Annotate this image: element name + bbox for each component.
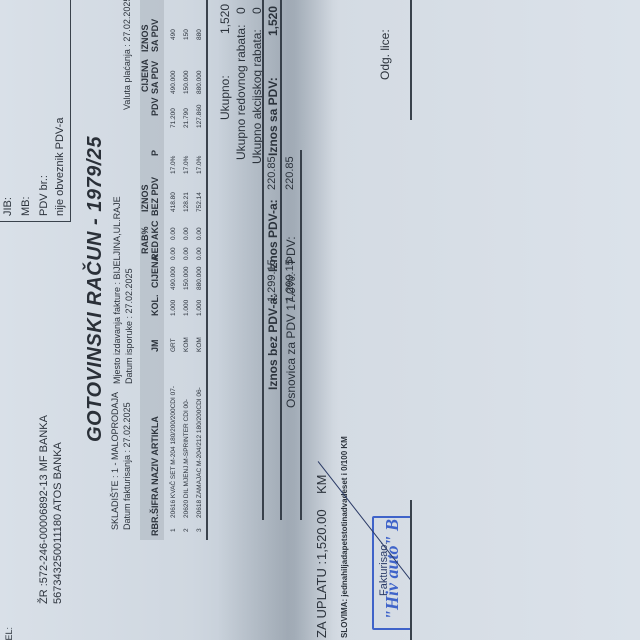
totals-bottom-rule (300, 150, 302, 520)
totals-top-rule (262, 0, 264, 520)
row-p: 17.0% (170, 156, 177, 174)
row-red: 0.00 (183, 247, 190, 260)
row-cijena-sa-pdv: 490.000 (170, 71, 177, 95)
row-jm: KOM (183, 337, 190, 352)
photo-background: TEL: ŽR :572-246-00006892-13 MF BANKA 56… (0, 0, 640, 640)
datum-fakturisanja: Datum fakturisanja : 27.02.2025 (122, 402, 132, 530)
row-naziv: 20616 KVAČ SET M-204 180/200/200CDI 07- (170, 386, 177, 518)
row-iznos-bez-pdv: 128.21 (183, 192, 190, 212)
row-pdv: 127.860 (196, 105, 203, 129)
row-kol: 1.000 (196, 300, 203, 316)
row-rbr: 3 (196, 528, 203, 532)
za-uplatu-label: ZA UPLATU : (314, 561, 329, 638)
row-jm: GRT (170, 338, 177, 352)
ukupno-value: 1,520 (218, 4, 232, 34)
col-red: RED (150, 241, 160, 260)
bank-line-2: 567343250011180 ATOS BANKA (52, 442, 64, 604)
col-iznos-sa-bottom: SA PDV (150, 19, 160, 52)
row-red: 0.00 (196, 247, 203, 260)
iznos-pdv-value: 220.85 (266, 156, 278, 190)
iznos-pdv-label: Iznos PDV-a: (266, 199, 280, 272)
row-iznos-bez-pdv: 752.14 (196, 192, 203, 212)
row-cijena-sa-pdv: 880.000 (196, 71, 203, 95)
pdv-label: PDV: (284, 236, 298, 264)
col-sifra-naziv: ŠIFRA NAZIV ARTIKLA (150, 416, 160, 514)
pdv-value: 220.85 (284, 156, 296, 190)
skladiste: SKLADIŠTE : 1 - MALOPRODAJA (110, 392, 120, 530)
col-cijena-sa-bottom: SA PDV (150, 61, 160, 94)
row-naziv: 20618 ZAMAJAC M-204/212 180/200CDI 06- (196, 387, 203, 518)
row-iznos-sa-pdv: 880 (196, 29, 203, 40)
mjesto-izdavanja: Mjesto izdavanja fakture : BIJELJINA,UL.… (112, 196, 122, 384)
datum-isporuke: Datum isporuke : 27.02.2025 (124, 268, 134, 384)
row-pdv: 71.200 (170, 108, 177, 128)
fakturisao-line (410, 500, 412, 640)
col-jm: JM (150, 339, 160, 352)
col-rab-group: RAB% (140, 226, 150, 254)
col-iznos-bez-top: IZNOS (140, 184, 150, 212)
valuta-placanja: Valuta plaćanja : 27.02.2025 (122, 0, 132, 110)
col-cijena-sa-top: CIJENA (140, 59, 150, 92)
col-kol: KOL. (150, 295, 160, 317)
pdv-status: nije obveznik PDV-a (54, 118, 66, 216)
col-akc: AKC (150, 221, 160, 241)
row-cijena: 150.000 (183, 267, 190, 291)
row-iznos-bez-pdv: 418.80 (170, 192, 177, 212)
invoice-title: GOTOVINSKI RAČUN - 1979/25 (84, 136, 107, 442)
row-rbr: 1 (170, 528, 177, 532)
table-bottom-rule (206, 0, 208, 540)
bank-line-1: ŽR :572-246-00006892-13 MF BANKA (38, 415, 50, 604)
row-rbr: 2 (183, 528, 190, 532)
row-kol: 1.000 (183, 300, 190, 316)
row-p: 17.0% (196, 156, 203, 174)
ukupno-label: Ukupno: (218, 75, 232, 120)
osnovica-value: 1,299.15 (284, 259, 296, 302)
iznos-sa-pdv-label: Iznos sa PDV: (266, 77, 280, 156)
jib-label: JIB: (2, 197, 14, 216)
col-pdv: PDV (150, 97, 160, 116)
za-uplatu-value: 1,520.00 (314, 509, 329, 560)
invoice-document: TEL: ŽR :572-246-00006892-13 MF BANKA 56… (0, 0, 640, 640)
col-iznos-sa-top: IZNOS (140, 24, 150, 52)
row-akc: 0.00 (183, 227, 190, 240)
row-naziv: 20620 DIL MJENJ.M-SPRINTER CDI 00- (183, 399, 190, 518)
row-cijena: 880.000 (196, 267, 203, 291)
row-iznos-sa-pdv: 150 (183, 29, 190, 40)
col-rbr: RBR. (150, 514, 160, 536)
row-kol: 1.000 (170, 300, 177, 316)
row-jm: KOM (196, 337, 203, 352)
row-red: 0.00 (170, 247, 177, 260)
slovima: SLOVIMA: jednahiljadapetstotinadvadeset … (340, 436, 349, 638)
row-cijena-sa-pdv: 150.000 (183, 71, 190, 95)
totals-mid-rule (280, 0, 282, 520)
tel-label: TEL: (4, 627, 14, 640)
row-pdv: 21.790 (183, 108, 190, 128)
col-p: P (150, 150, 160, 156)
mb-label: MB: (20, 196, 32, 216)
odg-lice-line (410, 0, 412, 120)
row-p: 17.0% (183, 156, 190, 174)
row-cijena: 490.000 (170, 267, 177, 291)
ukupno-redovnog-label: Ukupno redovnog rabata: (234, 25, 248, 160)
odg-lice-label: Odg. lice: (378, 29, 392, 80)
row-iznos-sa-pdv: 490 (170, 29, 177, 40)
za-uplatu-currency: KM (314, 475, 329, 495)
iznos-bez-pdv-label: Iznos bez PDV-a: (266, 294, 280, 390)
col-iznos-bez-bottom: BEZ PDV (150, 177, 160, 216)
row-akc: 0.00 (170, 227, 177, 240)
iznos-sa-pdv-value: 1,520 (266, 6, 280, 36)
ukupno-redovnog-value: 0 (234, 7, 248, 14)
row-akc: 0.00 (196, 227, 203, 240)
pdv-br-label: PDV br.: (38, 175, 50, 216)
